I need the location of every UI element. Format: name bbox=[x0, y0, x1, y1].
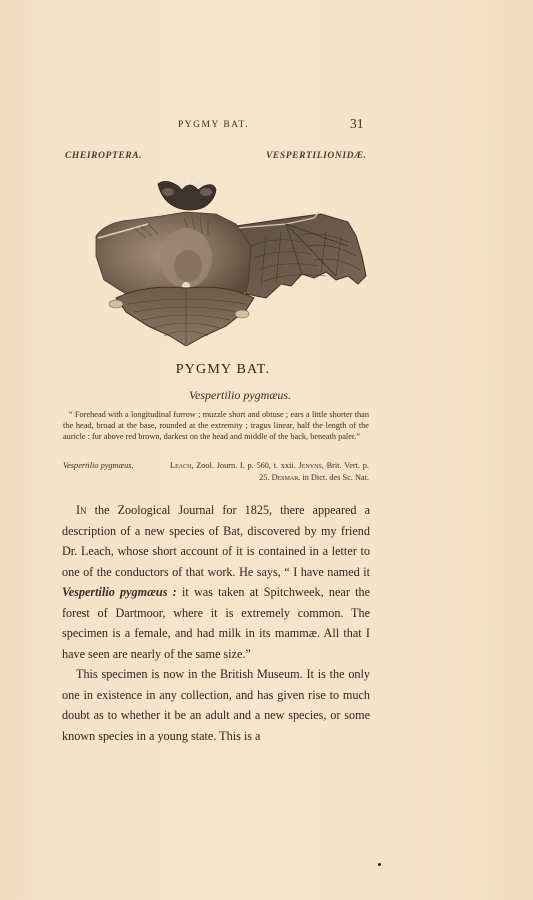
bat-illustration bbox=[86, 176, 370, 346]
species-latin-name: Vespertilio pygmæus. bbox=[0, 388, 458, 403]
page-number: 31 bbox=[350, 116, 364, 132]
species-common-name: PYGMY BAT. bbox=[0, 362, 446, 378]
ref-author-jenyns: Jenyns, bbox=[299, 461, 324, 470]
ref-author-leach: Leach, bbox=[170, 461, 193, 470]
paper-speck bbox=[378, 863, 381, 866]
running-title: PYGMY BAT. bbox=[178, 120, 249, 130]
family-label: VESPERTILIONIDÆ. bbox=[266, 151, 367, 161]
synonym-references: Leach, Zool. Journ. I. p. 560, t. xxii. … bbox=[170, 460, 369, 484]
ref-author-desmar: Desmar. bbox=[272, 473, 301, 482]
species-diagnosis: “ Forehead with a longitudinal furrow ; … bbox=[63, 409, 369, 443]
bat-icon bbox=[86, 176, 370, 346]
paragraph-1: In the Zoological Journal for 1825, ther… bbox=[62, 500, 370, 664]
paragraph-initial: In bbox=[76, 503, 87, 517]
order-label: CHEIROPTERA. bbox=[65, 151, 142, 161]
body-text: In the Zoological Journal for 1825, ther… bbox=[62, 500, 370, 746]
paragraph-1-text-a: the Zoological Journal for 1825, there a… bbox=[62, 503, 370, 579]
ref-leach: Zool. Journ. I. p. 560, t. xxii. bbox=[193, 461, 298, 470]
book-page: PYGMY BAT. 31 CHEIROPTERA. VESPERTILIONI… bbox=[0, 0, 533, 900]
ref-desmar: in Dict. des Sc. Nat. bbox=[300, 473, 369, 482]
italic-species-name: Vespertilio pygmæus : bbox=[62, 585, 177, 599]
synonym-name: Vespertilio pygmæus, bbox=[63, 460, 134, 472]
paragraph-2: This specimen is now in the British Muse… bbox=[62, 664, 370, 746]
